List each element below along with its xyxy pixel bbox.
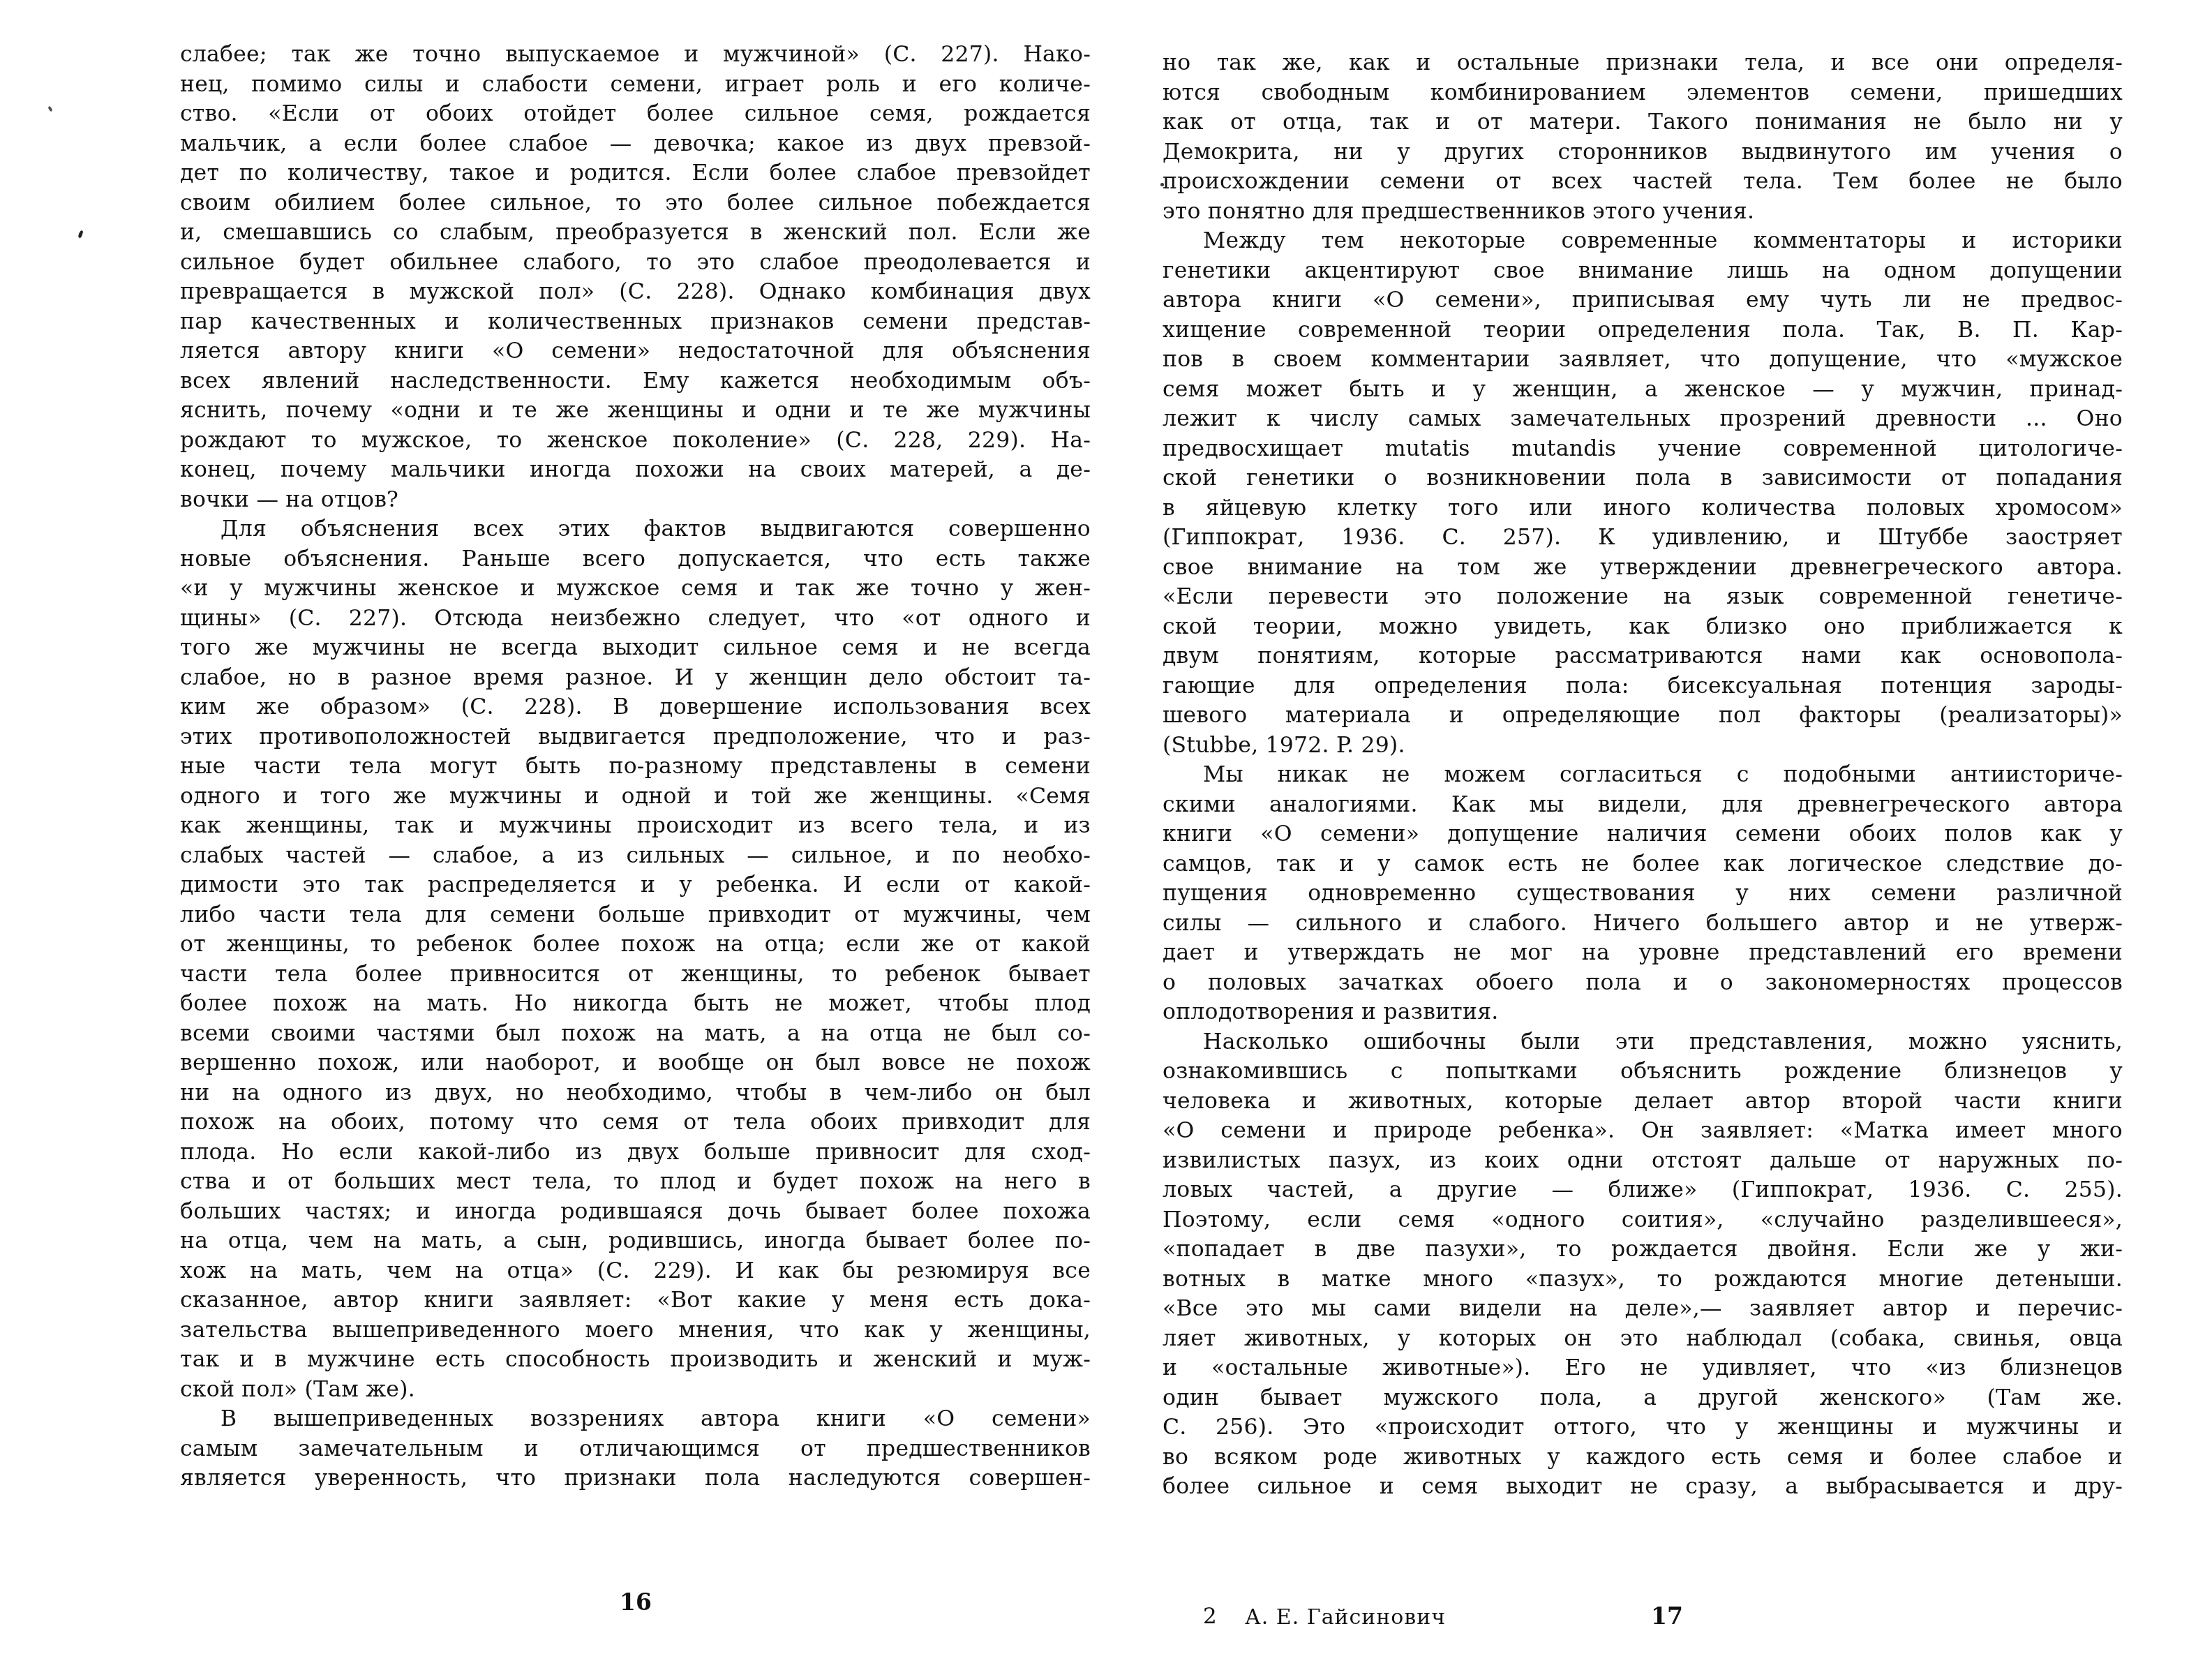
text-line: нец, помимо силы и слабости семени, игра… [180, 70, 1091, 100]
text-line: свое внимание на том же утверждении древ… [1163, 553, 2123, 583]
text-line: «Если перевести это положение на язык со… [1163, 582, 2123, 612]
text-line: Мы никак не можем согласиться с подобным… [1163, 760, 2123, 790]
text-line: ются свободным комбинированием элементов… [1163, 78, 2123, 108]
scan-speck [47, 106, 52, 112]
text-line: в яйцевую клетку того или иного количест… [1163, 493, 2123, 523]
text-line: более похож на мать. Но никогда быть не … [180, 989, 1091, 1019]
text-line: слабее; так же точно выпускаемое и мужчи… [180, 40, 1091, 70]
text-line: того же мужчины не всегда выходит сильно… [180, 633, 1091, 663]
text-line: «О семени и природе ребенка». Он заявляе… [1163, 1116, 2123, 1146]
text-line: сильное будет обильнее слабого, то это с… [180, 248, 1091, 278]
text-line: вершенно похож, или наоборот, и вообще о… [180, 1048, 1091, 1078]
book-spread: слабее; так же точно выпускаемое и мужчи… [0, 0, 2212, 1661]
text-line: пущения одновременно существования у них… [1163, 879, 2123, 909]
text-line: ской генетики о возникновении пола в зав… [1163, 463, 2123, 493]
text-line: шевого материала и определяющие пол факт… [1163, 701, 2123, 731]
text-line: яснить, почему «одни и те же женщины и о… [180, 396, 1091, 426]
text-line: своим обилием более сильное, то это боле… [180, 188, 1091, 218]
text-line: предвосхищает mutatis mutandis учение со… [1163, 434, 2123, 464]
text-line: самым замечательным и отличающимся от пр… [180, 1434, 1091, 1464]
text-line: человека и животных, которые делает авто… [1163, 1087, 2123, 1117]
text-line: ляется автору книги «О семени» недостато… [180, 336, 1091, 366]
scan-speck [77, 230, 83, 238]
text-line: лежит к числу самых замечательных прозре… [1163, 404, 2123, 434]
page-17-footer: 2 А. Е. Гайсинович 17 [1163, 1602, 2123, 1644]
text-line: Поэтому, если семя «одного соития», «слу… [1163, 1205, 2123, 1235]
text-line: всеми своими частями был похож на мать, … [180, 1019, 1091, 1049]
text-line: силы — сильного и слабого. Ничего больше… [1163, 909, 2123, 939]
text-line: ской пол» (Там же). [180, 1375, 1091, 1405]
text-line: (Stubbe, 1972. P. 29). [1163, 731, 2123, 761]
text-line: Насколько ошибочны были эти представлени… [1163, 1027, 2123, 1057]
text-line: части тела более привносится от женщины,… [180, 960, 1091, 990]
text-line: мальчик, а если более слабое — девочка; … [180, 129, 1091, 159]
text-line: конец, почему мальчики иногда похожи на … [180, 455, 1091, 485]
text-line: новые объяснения. Раньше всего допускает… [180, 544, 1091, 574]
text-line: как женщины, так и мужчины происходит из… [180, 811, 1091, 841]
text-line: генетики акцентируют свое внимание лишь … [1163, 256, 2123, 286]
text-line: вочки — на отцов? [180, 485, 1091, 515]
text-line: дет по количеству, такое и родится. Если… [180, 158, 1091, 188]
text-line: слабое, но в разное время разное. И у же… [180, 663, 1091, 693]
text-line: ство. «Если от обоих отойдет более сильн… [180, 99, 1091, 129]
text-line: зательства вышеприведенного моего мнения… [180, 1316, 1091, 1346]
text-line: щины» (С. 227). Отсюда неизбежно следует… [180, 604, 1091, 634]
text-line: «Все это мы сами видели на деле»,— заявл… [1163, 1294, 2123, 1324]
text-line: самцов, так и у самок есть не более как … [1163, 849, 2123, 879]
page-number-16: 16 [620, 1588, 652, 1616]
text-line: ской теории, можно увидеть, как близко о… [1163, 612, 2123, 642]
text-line: ные части тела могут быть по-разному пре… [180, 752, 1091, 782]
page-16-text-column: слабее; так же точно выпускаемое и мужчи… [180, 40, 1091, 1494]
text-line: ким же образом» (С. 228). В довершение и… [180, 692, 1091, 722]
text-line: ства и от больших мест тела, то плод и б… [180, 1167, 1091, 1197]
text-line: дает и утверждать не мог на уровне предс… [1163, 938, 2123, 968]
text-line: о половых зачатках обоего пола и о закон… [1163, 968, 2123, 998]
text-line: этих противоположностей выдвигается пред… [180, 722, 1091, 752]
text-line: хож на мать, чем на отца» (С. 229). И ка… [180, 1256, 1091, 1286]
text-line: всех явлений наследственности. Ему кажет… [180, 366, 1091, 396]
text-line: и, смешавшись со слабым, преобразуется в… [180, 218, 1091, 248]
text-line: вотных в матке много «пазух», то рождают… [1163, 1265, 2123, 1295]
scan-speck [1160, 183, 1164, 186]
text-line: и «остальные животные»). Его не удивляет… [1163, 1353, 2123, 1383]
text-line: это понятно для предшественников этого у… [1163, 197, 2123, 227]
text-line: одного и того же мужчины и одной и той ж… [180, 782, 1091, 812]
text-line: от женщины, то ребенок более похож на от… [180, 930, 1091, 960]
signature-number: 2 [1203, 1604, 1217, 1629]
text-line: как от отца, так и от матери. Такого пон… [1163, 107, 2123, 137]
text-line: является уверенность, что признаки пола … [180, 1463, 1091, 1494]
text-line: на отца, чем на мать, а сын, родившись, … [180, 1226, 1091, 1256]
text-line: ни на одного из двух, но необходимо, что… [180, 1078, 1091, 1108]
text-line: скими аналогиями. Как мы видели, для дре… [1163, 790, 2123, 820]
text-line: более сильное и семя выходит не сразу, а… [1163, 1472, 2123, 1502]
text-line: больших частях; и иногда родившаяся дочь… [180, 1197, 1091, 1227]
text-line: Для объяснения всех этих фактов выдвигаю… [180, 514, 1091, 544]
text-line: ознакомившись с попытками объяснить рожд… [1163, 1057, 2123, 1087]
page-17-text-column: но так же, как и остальные признаки тела… [1163, 48, 2123, 1502]
text-line: один бывает мужского пола, а другой женс… [1163, 1383, 2123, 1413]
text-line: происхождении семени от всех частей тела… [1163, 167, 2123, 197]
text-line: оплодотворения и развития. [1163, 997, 2123, 1027]
text-line: похож на обоих, потому что семя от тела … [180, 1108, 1091, 1138]
text-line: В вышеприведенных воззрениях автора книг… [180, 1404, 1091, 1434]
text-line: книги «О семени» допущение наличия семен… [1163, 819, 2123, 849]
text-line: хищение современной теории определения п… [1163, 315, 2123, 345]
text-line: Между тем некоторые современные коммента… [1163, 226, 2123, 256]
page-number-17: 17 [1651, 1602, 1683, 1630]
text-line: ляет животных, у которых он это наблюдал… [1163, 1324, 2123, 1354]
text-line: димости это так распределяется и у ребен… [180, 870, 1091, 900]
text-line: но так же, как и остальные признаки тела… [1163, 48, 2123, 78]
text-line: либо части тела для семени больше привхо… [180, 900, 1091, 930]
text-line: плода. Но если какой-либо из двух больше… [180, 1138, 1091, 1168]
text-line: слабых частей — слабое, а из сильных — с… [180, 841, 1091, 871]
text-line: сказанное, автор книги заявляет: «Вот ка… [180, 1286, 1091, 1316]
text-line: гающие для определения пола: бисексуальн… [1163, 671, 2123, 701]
text-line: С. 256). Это «происходит оттого, что у ж… [1163, 1413, 2123, 1443]
text-line: семя может быть и у женщин, а женское — … [1163, 375, 2123, 405]
text-line: «и у мужчины женское и мужское семя и та… [180, 574, 1091, 604]
text-line: пов в своем комментарии заявляет, что до… [1163, 345, 2123, 375]
text-line: превращается в мужской пол» (С. 228). Од… [180, 277, 1091, 307]
text-line: во всяком роде животных у каждого есть с… [1163, 1443, 2123, 1473]
text-line: (Гиппократ, 1936. С. 257). К удивлению, … [1163, 523, 2123, 553]
text-line: автора книги «О семени», приписывая ему … [1163, 285, 2123, 315]
signature-author: А. Е. Гайсинович [1245, 1605, 1446, 1630]
text-line: двум понятиям, которые рассматриваются н… [1163, 641, 2123, 671]
text-line: пар качественных и количественных призна… [180, 307, 1091, 337]
text-line: Демокрита, ни у других сторонников выдви… [1163, 137, 2123, 167]
text-line: «попадает в две пазухи», то рождается дв… [1163, 1235, 2123, 1265]
text-line: ловых частей, а другие — ближе» (Гиппокр… [1163, 1175, 2123, 1205]
text-line: рождают то мужское, то женское поколение… [180, 426, 1091, 456]
text-line: извилистых пазух, из коих одни отстоят д… [1163, 1146, 2123, 1176]
text-line: так и в мужчине есть способность произво… [180, 1345, 1091, 1375]
